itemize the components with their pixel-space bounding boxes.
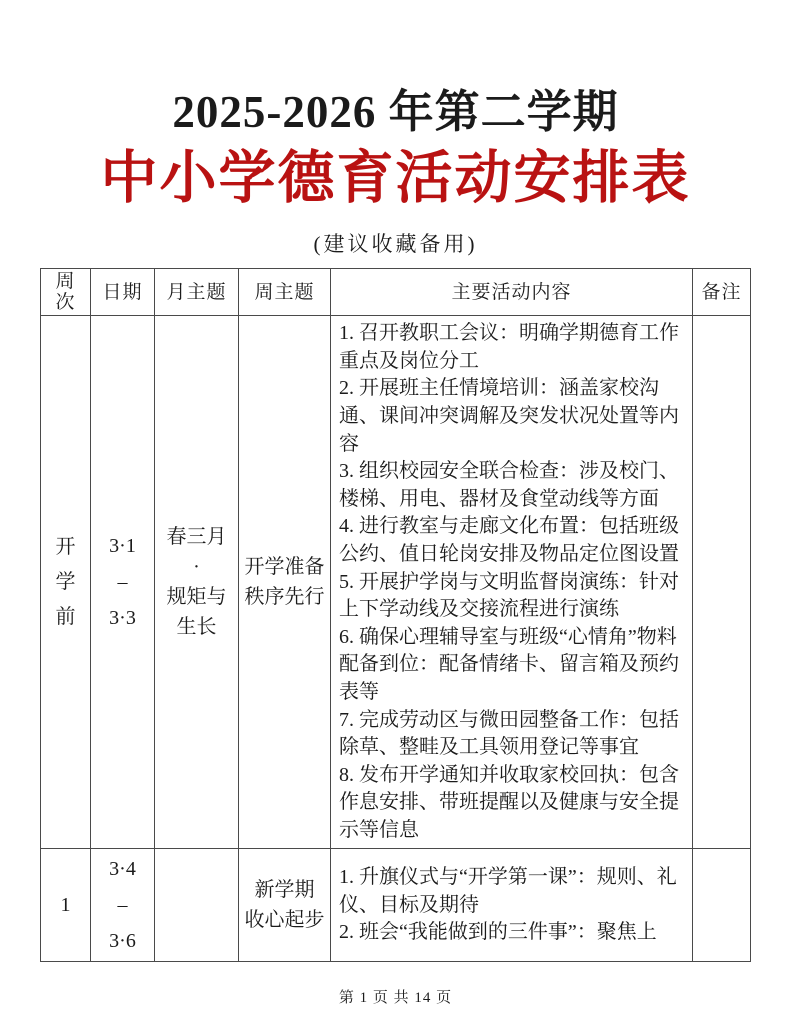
cell-date-range: 3·1 – 3·3: [91, 316, 155, 849]
activity-item: 2. 班会“我能做到的三件事”：聚焦上: [339, 919, 684, 947]
cell-week-number: 1: [41, 849, 91, 962]
activity-item: 4. 进行教室与走廊文化布置：包括班级公约、值日轮岗安排及物品定位图设置: [339, 513, 684, 568]
activity-item: 6. 确保心理辅导室与班级“心情角”物料配备到位：配备情绪卡、留言箱及预约表等: [339, 624, 684, 707]
cell-date-range: 3·4 – 3·6: [91, 849, 155, 962]
cell-week-number: 开 学 前: [41, 316, 91, 849]
activity-item: 7. 完成劳动区与微田园整备工作：包括除草、整畦及工具领用登记等事宜: [339, 707, 684, 762]
cell-remarks: [693, 316, 751, 849]
cell-activities: 1. 召开教职工会议：明确学期德育工作重点及岗位分工2. 开展班主任情境培训：涵…: [331, 316, 693, 849]
schedule-table: 周 次 日期 月主题 周主题 主要活动内容 备注 开 学 前 3·1 – 3·3…: [40, 268, 751, 962]
cell-activities: 1. 升旗仪式与“开学第一课”：规则、礼仪、目标及期待2. 班会“我能做到的三件…: [331, 849, 693, 962]
semester-title: 2025-2026 年第二学期: [0, 0, 791, 138]
activity-item: 1. 升旗仪式与“开学第一课”：规则、礼仪、目标及期待: [339, 864, 684, 919]
main-title: 中小学德育活动安排表: [0, 148, 791, 211]
header-week-number: 周 次: [41, 269, 91, 316]
cell-week-theme: 新学期 收心起步: [239, 849, 331, 962]
activity-item: 1. 召开教职工会议：明确学期德育工作重点及岗位分工: [339, 320, 684, 375]
cell-month-theme: 春三月 · 规矩与 生长: [155, 316, 239, 849]
activity-item: 8. 发布开学通知并收取家校回执：包含作息安排、带班提醒以及健康与安全提示等信息: [339, 762, 684, 845]
table-header-row: 周 次 日期 月主题 周主题 主要活动内容 备注: [41, 269, 751, 316]
header-date: 日期: [91, 269, 155, 316]
activity-list: 1. 召开教职工会议：明确学期德育工作重点及岗位分工2. 开展班主任情境培训：涵…: [339, 320, 684, 844]
activity-item: 5. 开展护学岗与文明监督岗演练：针对上下学动线及交接流程进行演练: [339, 569, 684, 624]
page-number: 第 1 页 共 14 页: [0, 986, 791, 1007]
header-month-theme: 月主题: [155, 269, 239, 316]
document-page: 2025-2026 年第二学期 中小学德育活动安排表 (建议收藏备用) 周 次 …: [0, 0, 791, 1024]
table-row-week-1: 1 3·4 – 3·6 新学期 收心起步 1. 升旗仪式与“开学第一课”：规则、…: [41, 849, 751, 962]
activity-item: 3. 组织校园安全联合检查：涉及校门、楼梯、用电、器材及食堂动线等方面: [339, 458, 684, 513]
header-main-content: 主要活动内容: [331, 269, 693, 316]
activity-list: 1. 升旗仪式与“开学第一课”：规则、礼仪、目标及期待2. 班会“我能做到的三件…: [339, 864, 684, 947]
cell-remarks: [693, 849, 751, 962]
header-remarks: 备注: [693, 269, 751, 316]
table-row-pre-term: 开 学 前 3·1 – 3·3 春三月 · 规矩与 生长 开学准备 秩序先行 1…: [41, 316, 751, 849]
cell-month-theme: [155, 849, 239, 962]
cell-week-theme: 开学准备 秩序先行: [239, 316, 331, 849]
activity-item: 2. 开展班主任情境培训：涵盖家校沟通、课间冲突调解及突发状况处置等内容: [339, 375, 684, 458]
subtitle-note: (建议收藏备用): [0, 228, 791, 258]
header-week-theme: 周主题: [239, 269, 331, 316]
